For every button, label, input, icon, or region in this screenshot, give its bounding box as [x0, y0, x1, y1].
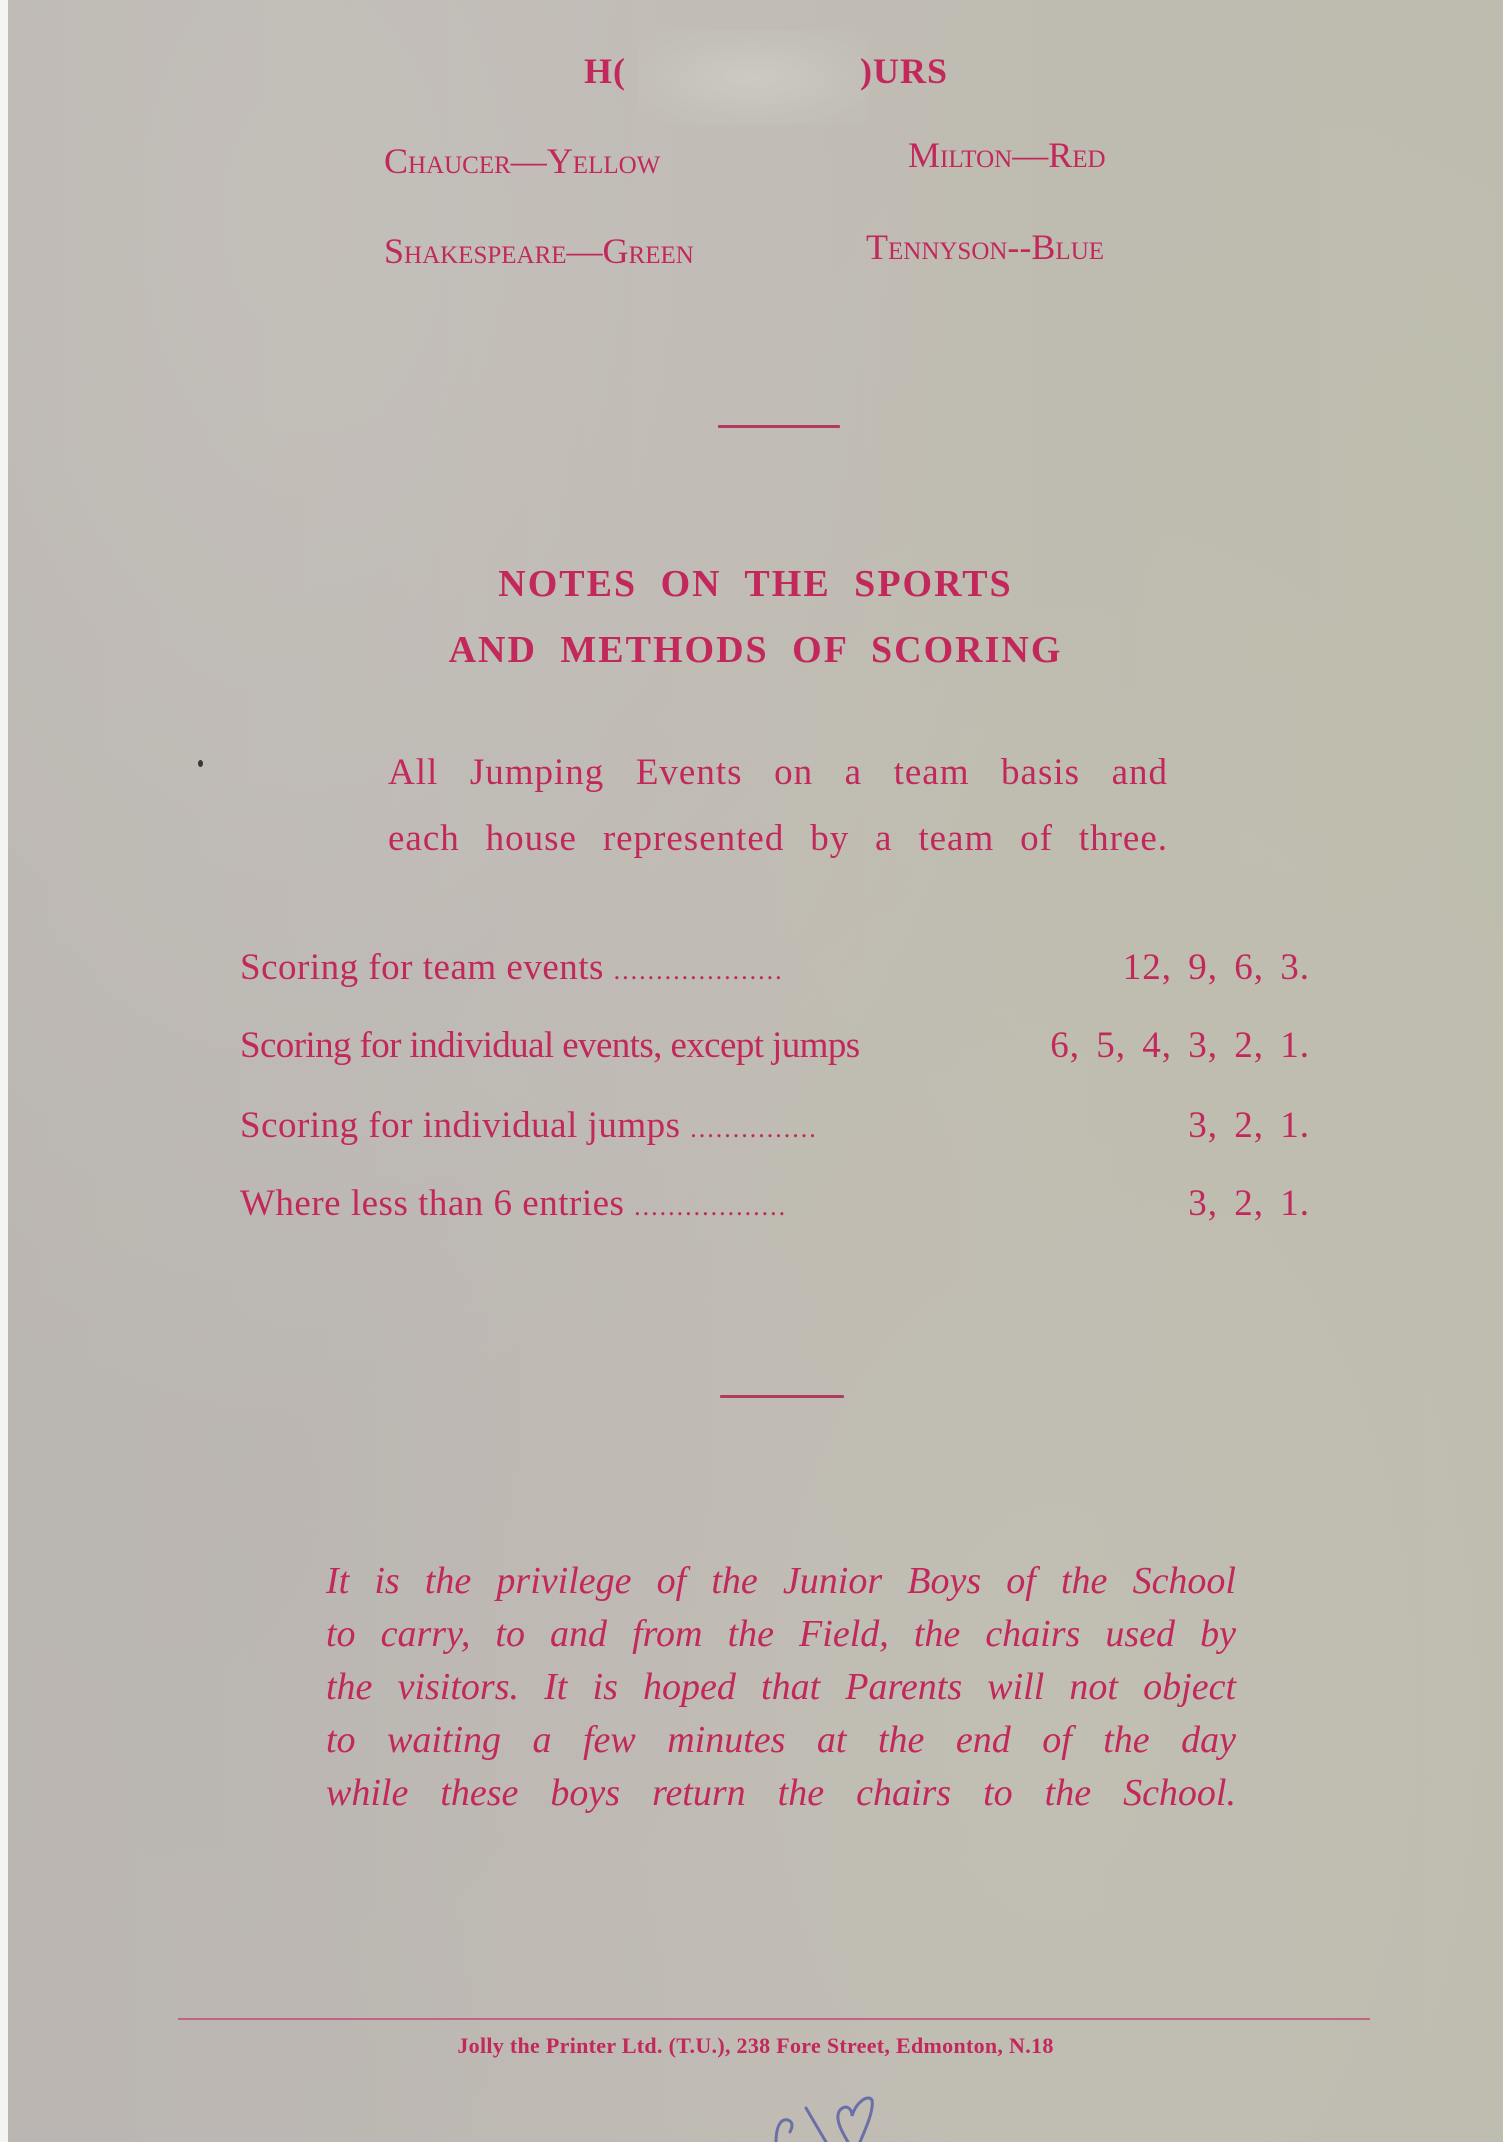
worn-paper-patch — [638, 30, 868, 125]
notes-title-line-2: AND METHODS OF SCORING — [8, 628, 1503, 672]
dot-leader: ............... — [690, 1114, 818, 1143]
scoring-row: Scoring for individual jumps ...........… — [240, 1098, 1310, 1154]
house-colours-heading-left: H( — [584, 50, 626, 92]
house-milton: Milton—Red — [908, 134, 1106, 176]
printer-imprint: Jolly the Printer Ltd. (T.U.), 238 Fore … — [8, 2033, 1503, 2059]
scoring-label: Scoring for individual events, except ju… — [240, 1018, 860, 1074]
handwritten-pen-mark-icon — [768, 2088, 888, 2142]
scoring-values: 3, 2, 1. — [1188, 1098, 1310, 1154]
privilege-note-line: while these boys return the chairs to th… — [326, 1767, 1236, 1820]
footer-rule — [178, 2018, 1370, 2020]
scoring-values: 6, 5, 4, 3, 2, 1. — [1050, 1018, 1310, 1074]
paper-speck — [198, 760, 203, 767]
privilege-note: It is the privilege of the Junior Boys o… — [326, 1555, 1236, 1820]
notes-title-line-1: NOTES ON THE SPORTS — [8, 562, 1503, 606]
dot-leader: .................. — [634, 1192, 787, 1221]
notes-intro-line-2: each house represented by a team of thre… — [388, 806, 1168, 872]
scoring-row: Scoring for team events ................… — [240, 940, 1310, 996]
dot-leader: .................... — [614, 956, 784, 985]
house-chaucer: Chaucer—Yellow — [384, 140, 660, 182]
scoring-row: Scoring for individual events, except ju… — [240, 1018, 1310, 1074]
scoring-label-text: Scoring for team events — [240, 947, 604, 988]
scoring-label-text: Scoring for individual events, except ju… — [240, 1025, 860, 1066]
scoring-values: 3, 2, 1. — [1188, 1176, 1310, 1232]
scoring-label-text: Where less than 6 entries — [240, 1183, 624, 1224]
privilege-note-line: the visitors. It is hoped that Parents w… — [326, 1661, 1236, 1714]
scoring-row: Where less than 6 entries ..............… — [240, 1176, 1310, 1232]
privilege-note-line: to carry, to and from the Field, the cha… — [326, 1608, 1236, 1661]
scoring-values: 12, 9, 6, 3. — [1123, 940, 1310, 996]
privilege-note-line: It is the privilege of the Junior Boys o… — [326, 1555, 1236, 1608]
scoring-label: Where less than 6 entries ..............… — [240, 1176, 787, 1235]
notes-intro-line-1: All Jumping Events on a team basis and — [388, 740, 1168, 806]
house-colours-heading-right: )URS — [860, 50, 948, 92]
programme-page: H( )URS Chaucer—Yellow Milton—Red Shakes… — [8, 0, 1503, 2142]
section-divider — [718, 425, 840, 428]
house-tennyson: Tennyson--Blue — [866, 226, 1104, 268]
section-divider — [720, 1395, 844, 1398]
house-shakespeare: Shakespeare—Green — [384, 230, 694, 272]
scoring-label: Scoring for individual jumps ...........… — [240, 1098, 818, 1157]
scoring-label-text: Scoring for individual jumps — [240, 1105, 681, 1146]
scoring-label: Scoring for team events ................… — [240, 940, 784, 999]
privilege-note-line: to waiting a few minutes at the end of t… — [326, 1714, 1236, 1767]
